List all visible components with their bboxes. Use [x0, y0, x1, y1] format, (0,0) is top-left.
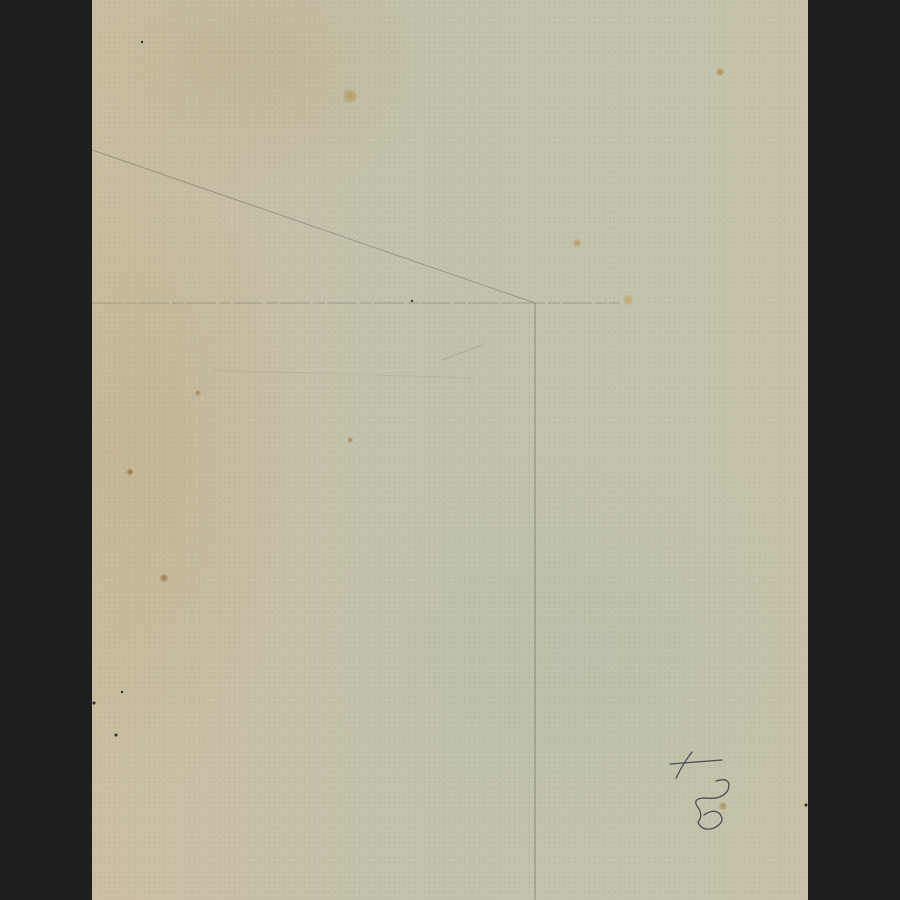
ink-speck: [115, 734, 118, 737]
pencil-smudge: [442, 345, 482, 360]
ink-speck: [93, 702, 96, 705]
paper-sheet: [92, 0, 808, 900]
ink-speck: [121, 691, 123, 693]
ink-speck: [141, 41, 143, 43]
pencil-smudge: [212, 370, 472, 378]
pencil-diagonal-line: [92, 150, 535, 303]
pencil-drawing: [92, 0, 808, 900]
ink-speck: [411, 300, 413, 302]
handwritten-mark: [670, 752, 729, 829]
ink-speck: [805, 804, 808, 807]
